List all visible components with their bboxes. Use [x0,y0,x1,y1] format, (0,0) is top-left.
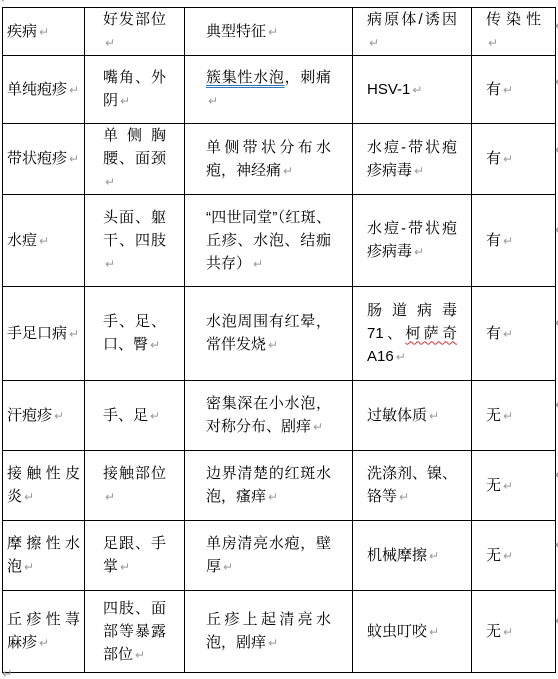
clipped-paragraph-mark-top: ↵ [0,0,11,6]
cell-pathogen[interactable]: 水痘-带状疱疹病毒↵ [353,195,472,287]
paragraph-mark: ↵ [503,409,513,423]
paragraph-mark: ↵ [503,479,513,493]
paragraph-mark: ↵ [24,560,34,574]
table-row: 手足口病↵ 手、足、口、臀↵ 水泡周围有红晕，常伴发烧↵ 肠道病毒71、柯萨奇A… [3,287,556,381]
header-row: 疾病↵ 好发部位↵ 典型特征↵ 病原体/诱因↵ 传染性↵ [3,8,556,56]
cell-disease[interactable]: 水痘↵ [3,195,85,287]
cell-contagious[interactable]: 有↵ [472,56,556,124]
paragraph-mark: ↵ [503,549,513,563]
header-cell-sites[interactable]: 好发部位↵ [85,8,185,56]
paragraph-mark: ↵ [120,560,130,574]
paragraph-mark: ↵ [253,257,263,271]
table-row: 水痘↵ 头面、躯干、四肢↵ “四世同堂”（红斑、丘疹、水泡、结痂共存）↵ 水痘-… [3,195,556,287]
cell-contagious[interactable]: 无↵ [472,381,556,451]
cell-contagious[interactable]: 有↵ [472,195,556,287]
cell-text: 蚊虫叮咬 [367,623,427,640]
cell-features[interactable]: 单房清亮水疱，壁厚↵ [185,521,353,591]
cell-disease[interactable]: 单纯疱疹↵ [3,56,85,124]
cell-sites[interactable]: 足跟、手掌↵ [85,521,185,591]
cell-sites[interactable]: 接触部位↵ [85,451,185,521]
cell-contagious[interactable]: 无↵ [472,521,556,591]
table-row: 单纯疱疹↵ 嘴角、外阴↵ 簇集性水泡，刺痛↵ HSV-1↵ 有↵ [3,56,556,124]
header-text: 病原体/诱因 [367,11,457,28]
cell-text: 机械摩擦 [367,547,427,564]
paragraph-mark: ↵ [39,234,49,248]
paragraph-mark: ↵ [150,409,160,423]
paragraph-mark: ↵ [268,25,278,39]
cell-text: 接触性皮炎 [7,465,80,505]
cell-pathogen[interactable]: 蚊虫叮咬↵ [353,591,472,673]
cell-text: 水痘-带状疱疹病毒 [367,220,457,260]
cell-text: 手足口病 [7,325,67,342]
cell-features[interactable]: 边界清楚的红斑水泡，瘙痒↵ [185,451,353,521]
cell-text: ，刺痛 [285,69,331,86]
paragraph-mark: ↵ [135,648,145,662]
cell-contagious[interactable]: 有↵ [472,287,556,381]
paragraph-mark: ↵ [105,257,115,271]
paragraph-mark: ↵ [69,327,79,341]
cell-sites[interactable]: 单侧胸腰、面颈↵ [85,124,185,195]
cell-text: 无 [486,407,501,424]
paragraph-mark: ↵ [283,164,293,178]
paragraph-mark: ↵ [429,409,439,423]
paragraph-mark: ↵ [503,625,513,639]
cell-text: 带状疱疹 [7,150,67,167]
paragraph-mark: ↵ [268,636,278,650]
cell-text: 过敏体质 [367,407,427,424]
cell-text: “四世同堂”（红斑、丘疹、水泡、结痂共存） [206,209,331,272]
doc-paragraph-mark: ↵ [2,668,13,679]
cell-sites[interactable]: 头面、躯干、四肢↵ [85,195,185,287]
cell-contagious[interactable]: 无↵ [472,451,556,521]
paragraph-mark: ↵ [503,83,513,97]
cell-contagious[interactable]: 无↵ [472,591,556,673]
paragraph-mark: ↵ [105,36,115,50]
paragraph-mark: ↵ [105,175,115,189]
header-cell-features[interactable]: 典型特征↵ [185,8,353,56]
table-row: 带状疱疹↵ 单侧胸腰、面颈↵ 单侧带状分布水疱，神经痛↵ 水痘-带状疱疹病毒↵ … [3,124,556,195]
paragraph-mark: ↵ [150,338,160,352]
paragraph-mark: ↵ [503,234,513,248]
cell-text: 有 [486,150,501,167]
cell-text: A16 [367,348,394,365]
cell-text: HSV-1 [367,81,410,98]
paragraph-mark: ↵ [414,164,424,178]
cell-text: 足跟、手掌 [103,535,166,575]
cell-text: 有 [486,232,501,249]
cell-text: 头面、躯干、四肢 [103,209,166,249]
cell-contagious[interactable]: 有↵ [472,124,556,195]
cell-pathogen[interactable]: 洗涤剂、镍、铬等↵ [353,451,472,521]
paragraph-mark: ↵ [396,350,406,364]
cell-disease[interactable]: 摩擦性水泡↵ [3,521,85,591]
cell-sites[interactable]: 四肢、面部等暴露部位↵ [85,591,185,673]
table-row: 丘疹性荨麻疹↵ 四肢、面部等暴露部位↵ 丘疹上起清亮水泡，剧痒↵ 蚊虫叮咬↵ 无… [3,591,556,673]
paragraph-mark: ↵ [69,152,79,166]
table-row: 汗疱疹↵ 手、足↵ 密集深在小水泡，对称分布、剧痒↵ 过敏体质↵ 无↵ [3,381,556,451]
cell-disease[interactable]: 接触性皮炎↵ [3,451,85,521]
cell-features[interactable]: 单侧带状分布水疱，神经痛↵ [185,124,353,195]
grammar-underlined-text: 簇集性水泡 [206,69,285,86]
cell-pathogen[interactable]: HSV-1↵ [353,56,472,124]
paragraph-mark: ↵ [399,490,409,504]
disease-table: 疾病↵ 好发部位↵ 典型特征↵ 病原体/诱因↵ 传染性↵ 单纯疱疹↵ 嘴角、外阴… [2,7,556,673]
paragraph-mark: ↵ [69,83,79,97]
cell-sites[interactable]: 嘴角、外阴↵ [85,56,185,124]
paragraph-mark: ↵ [39,25,49,39]
paragraph-mark: ↵ [120,94,130,108]
paragraph-mark: ↵ [24,490,34,504]
paragraph-mark: ↵ [429,549,439,563]
paragraph-mark: ↵ [268,338,278,352]
cell-text: 水痘-带状疱疹病毒 [367,139,457,179]
cell-text: 汗疱疹 [7,407,52,424]
table-row: 接触性皮炎↵ 接触部位↵ 边界清楚的红斑水泡，瘙痒↵ 洗涤剂、镍、铬等↵ 无↵ [3,451,556,521]
spellcheck-underlined-text: 柯萨奇 [405,325,457,342]
cell-text: 洗涤剂、镍、铬等 [367,465,457,505]
word-document-page: { "glyphs": { "paragraph_mark": "↵", "ro… [0,0,558,679]
cell-text: 单侧带状分布水疱，神经痛 [206,139,331,179]
cell-features[interactable]: 密集深在小水泡，对称分布、剧痒↵ [185,381,353,451]
paragraph-mark: ↵ [503,152,513,166]
cell-disease[interactable]: 丘疹性荨麻疹↵ [3,591,85,673]
header-text: 典型特征 [206,23,266,40]
cell-features[interactable]: 簇集性水泡，刺痛↵ [185,56,353,124]
cell-text: 单侧胸腰、面颈 [103,127,166,167]
cell-text: 无 [486,477,501,494]
header-cell-disease[interactable]: 疾病↵ [3,8,85,56]
paragraph-mark: ↵ [39,636,49,650]
header-text: 疾病 [7,23,37,40]
paragraph-mark: ↵ [503,327,513,341]
cell-disease[interactable]: 带状疱疹↵ [3,124,85,195]
cell-pathogen[interactable]: 过敏体质↵ [353,381,472,451]
cell-features[interactable]: 丘疹上起清亮水泡，剧痒↵ [185,591,353,673]
paragraph-mark: ↵ [488,36,498,50]
cell-sites[interactable]: 手、足↵ [85,381,185,451]
cell-text: 无 [486,623,501,640]
cell-features[interactable]: “四世同堂”（红斑、丘疹、水泡、结痂共存）↵ [185,195,353,287]
header-cell-pathogen[interactable]: 病原体/诱因↵ [353,8,472,56]
paragraph-mark: ↵ [208,94,218,108]
paragraph-mark: ↵ [313,420,323,434]
cell-text: 接触部位 [103,465,166,482]
cell-text: 有 [486,81,501,98]
paragraph-mark: ↵ [412,83,422,97]
paragraph-mark: ↵ [223,560,233,574]
header-text: 好发部位 [103,11,166,28]
cell-text: 嘴角、外阴 [103,69,166,109]
cell-text: 有 [486,325,501,342]
cell-text: 摩擦性水泡 [7,535,80,575]
table-row: 摩擦性水泡↵ 足跟、手掌↵ 单房清亮水疱，壁厚↵ 机械摩擦↵ 无↵ [3,521,556,591]
cell-features[interactable]: 水泡周围有红晕，常伴发烧↵ [185,287,353,381]
cell-pathogen[interactable]: 水痘-带状疱疹病毒↵ [353,124,472,195]
cell-sites[interactable]: 手、足、口、臀↵ [85,287,185,381]
header-cell-contagious[interactable]: 传染性↵ [472,8,556,56]
header-text: 传染性 [486,11,541,28]
paragraph-mark: ↵ [105,490,115,504]
paragraph-mark: ↵ [54,409,64,423]
cell-text: 手、足 [103,407,148,424]
cell-text: 水痘 [7,232,37,249]
cell-disease[interactable]: 手足口病↵ [3,287,85,381]
cell-pathogen[interactable]: 机械摩擦↵ [353,521,472,591]
paragraph-mark: ↵ [268,490,278,504]
cell-text: 无 [486,547,501,564]
cell-disease[interactable]: 汗疱疹↵ [3,381,85,451]
paragraph-mark: ↵ [369,36,379,50]
paragraph-mark: ↵ [414,245,424,259]
paragraph-mark: ↵ [429,625,439,639]
cell-text: 单纯疱疹 [7,81,67,98]
cell-pathogen[interactable]: 肠道病毒71、柯萨奇A16↵ [353,287,472,381]
